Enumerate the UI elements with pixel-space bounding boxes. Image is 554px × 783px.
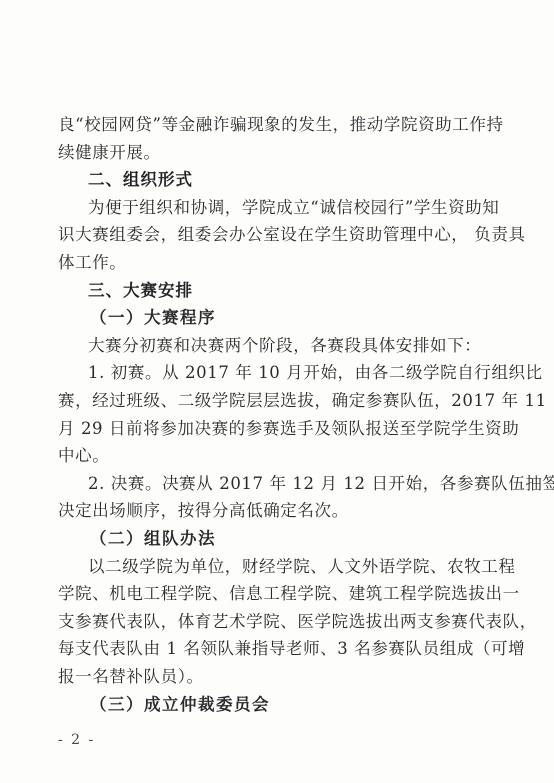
paragraph-line: 以二级学院为单位，财经学院、人文外语学院、农牧工程 bbox=[88, 556, 498, 578]
subheading-arbitration: （三）成立仲裁委员会 bbox=[90, 694, 530, 716]
document-page: 良“校园网贷”等金融诈骗现象的发生，推动学院资助工作持 续健康开展。 二、组织形… bbox=[0, 0, 554, 783]
section-heading-arrangement: 三、大赛安排 bbox=[88, 280, 498, 302]
paragraph-line: 中心。 bbox=[58, 445, 498, 467]
subheading-procedure: （一）大赛程序 bbox=[90, 307, 530, 329]
paragraph-line: 识大赛组委会，组委会办公室设在学生资助管理中心， 负责具 bbox=[58, 224, 498, 246]
paragraph-line: 大赛分初赛和决赛两个阶段，各赛段具体安排如下： bbox=[88, 335, 498, 357]
page-number: - 2 - bbox=[58, 732, 95, 748]
paragraph-line: 决定出场顺序，按得分高低确定名次。 bbox=[58, 500, 498, 522]
paragraph-line: 每支代表队由 1 名领队兼指导老师、3 名参赛队员组成（可增 bbox=[58, 638, 498, 660]
paragraph-line: 良“校园网贷”等金融诈骗现象的发生，推动学院资助工作持 bbox=[58, 114, 498, 136]
section-heading-organization: 二、组织形式 bbox=[88, 169, 498, 191]
paragraph-line: 续健康开展。 bbox=[58, 142, 498, 164]
paragraph-line: 2. 决赛。决赛从 2017 年 12 月 12 日开始，各参赛队伍抽签 bbox=[88, 473, 498, 495]
paragraph-line: 1. 初赛。从 2017 年 10 月开始，由各二级学院自行组织比 bbox=[88, 362, 498, 384]
paragraph-line: 学院、机电工程学院、信息工程学院、建筑工程学院选拔出一 bbox=[58, 583, 498, 605]
paragraph-line: 报一名替补队员）。 bbox=[58, 666, 498, 688]
paragraph-line: 月 29 日前将参加决赛的参赛选手及领队报送至学院学生资助 bbox=[58, 418, 498, 440]
paragraph-line: 支参赛代表队，体育艺术学院、医学院选拔出两支参赛代表队， bbox=[58, 611, 498, 633]
paragraph-line: 赛，经过班级、二级学院层层选拔，确定参赛队伍，2017 年 11 bbox=[58, 390, 498, 412]
paragraph-line: 为便于组织和协调，学院成立“诚信校园行”学生资助知 bbox=[88, 197, 498, 219]
paragraph-line: 体工作。 bbox=[58, 252, 498, 274]
subheading-team-formation: （二）组队办法 bbox=[90, 528, 530, 550]
